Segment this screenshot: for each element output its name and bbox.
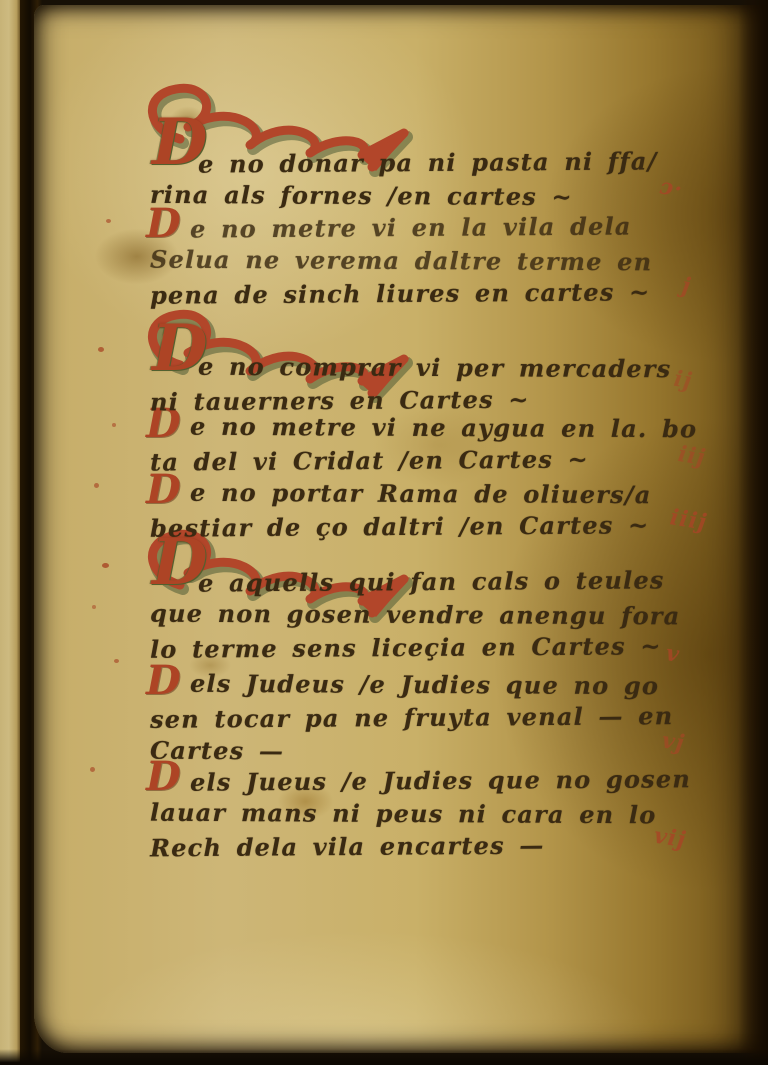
manuscript-line: els Jueus /e Judies que no gosen: [190, 764, 691, 796]
margin-numeral: iiij: [668, 504, 709, 535]
manuscript-line: lo terme sens liceçia en Cartes ~: [150, 631, 662, 664]
decorated-initial: D: [146, 205, 181, 243]
manuscript-line: e no metre vi en la vila dela: [190, 211, 632, 243]
margin-numeral: vij: [652, 823, 688, 854]
manuscript-line: Selua ne verema daltre terme en: [150, 245, 652, 277]
manuscript-line: rina als fornes /en cartes ~: [150, 180, 573, 211]
manuscript-line: lauar mans ni peus ni cara en lo: [150, 798, 657, 830]
book-bottom-shadow: [0, 1049, 768, 1065]
decorated-initial: D: [146, 662, 181, 700]
ink-fleck: [94, 483, 99, 488]
parchment-page: D D D D D D D D e no donar pa ni pasta n…: [34, 5, 768, 1053]
ink-fleck: [98, 347, 104, 352]
manuscript-line: Cartes —: [150, 736, 284, 766]
ink-fleck: [90, 767, 95, 772]
margin-numeral: ij: [672, 366, 694, 395]
ink-fleck: [106, 219, 111, 223]
manuscript-line: e aquells qui fan cals o teules: [198, 565, 665, 597]
manuscript-photo: D D D D D D D D e no donar pa ni pasta n…: [0, 0, 768, 1065]
margin-numeral: iij: [676, 441, 707, 471]
manuscript-line: bestiar de ço daltri /en Cartes ~: [150, 510, 650, 542]
manuscript-line: que non gosen vendre anengu fora: [150, 599, 681, 631]
manuscript-line: e no portar Rama de oliuers/a: [190, 478, 652, 509]
manuscript-line: e no donar pa ni pasta ni ffa/: [198, 146, 658, 178]
decorated-initial: D: [146, 471, 181, 509]
margin-numeral: ɔ·: [658, 173, 685, 202]
margin-numeral: j: [680, 272, 693, 299]
manuscript-line: e no comprar vi per mercaders: [198, 352, 672, 383]
ink-fleck: [112, 423, 116, 427]
manuscript-line: els Judeus /e Judies que no go: [190, 669, 659, 700]
ink-fleck: [102, 563, 109, 568]
margin-numeral: vj: [660, 727, 687, 756]
margin-numeral: v: [664, 640, 682, 668]
page-edge-shadow: [738, 0, 768, 1065]
manuscript-line: e no metre vi ne aygua en la. bo: [190, 412, 697, 444]
manuscript-line: Rech dela vila encartes —: [150, 831, 545, 863]
ink-fleck: [114, 659, 119, 663]
manuscript-line: sen tocar pa ne fruyta venal — en: [150, 701, 674, 734]
ink-fleck: [92, 605, 96, 609]
facing-page-edge: [0, 0, 22, 1065]
manuscript-line: ta del vi Cridat /en Cartes ~: [150, 444, 589, 476]
manuscript-line: pena de sinch liures en cartes ~: [150, 277, 651, 309]
